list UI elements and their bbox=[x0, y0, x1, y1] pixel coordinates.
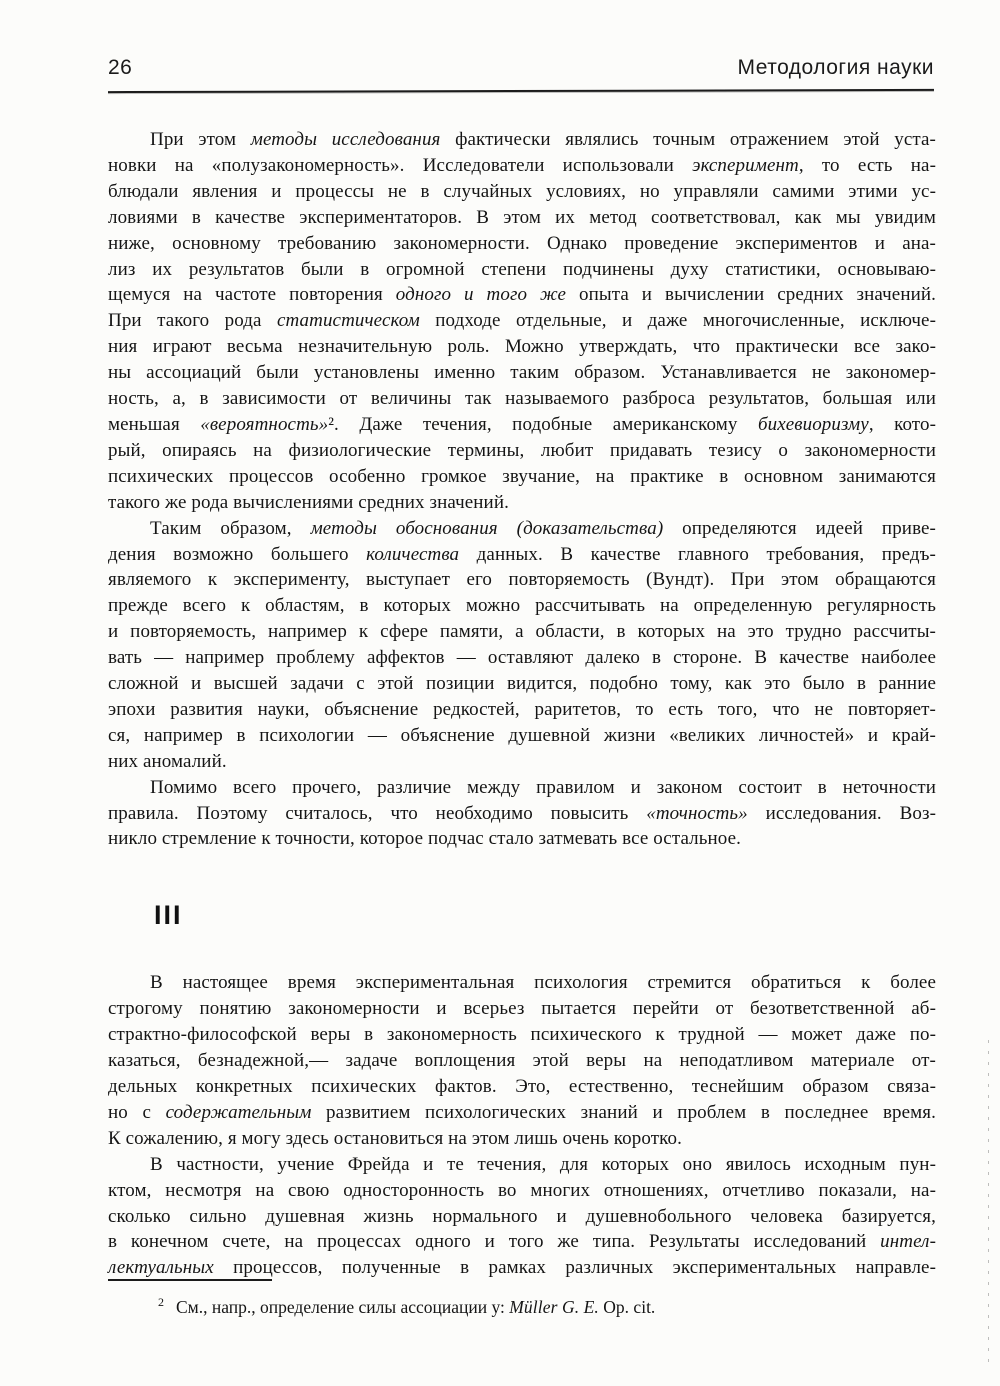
text-line: ктом, несмотря на свою односторонность в… bbox=[108, 1178, 936, 1204]
text-line: ся, например в психологии — объяснение д… bbox=[108, 723, 936, 749]
text-line: но с содержательным развитием психологич… bbox=[108, 1100, 936, 1126]
text-line: дельных конкретных психических фактов. Э… bbox=[108, 1074, 936, 1100]
paragraph: В настоящее время экспериментальная псих… bbox=[108, 970, 936, 1151]
footnote-body: См., напр., определение силы ассоциации … bbox=[176, 1297, 655, 1317]
text-line: прежде всего к областям, в которых можно… bbox=[108, 593, 936, 619]
scan-edge-artifact bbox=[988, 1040, 989, 1370]
text-line: блюдали явления и процессы не в случайны… bbox=[108, 179, 936, 205]
text-line: такого же рода вычислениями средних знач… bbox=[108, 490, 936, 516]
text-line: дения возможно большего количества данны… bbox=[108, 542, 936, 568]
text-line: новки на «полузакономерность». Исследова… bbox=[108, 153, 936, 179]
text-line: В частности, учение Фрейда и те течения,… bbox=[108, 1152, 936, 1178]
footnote: 2См., напр., определение силы ассоциации… bbox=[108, 1279, 936, 1319]
text-line: сложной и высшей задачи с этой позиции в… bbox=[108, 671, 936, 697]
footnote-text: 2См., напр., определение силы ассоциации… bbox=[108, 1291, 936, 1319]
header-rule bbox=[108, 89, 934, 93]
text-line: При этом методы исследования фактически … bbox=[108, 127, 936, 153]
text-line: щемуся на частоте повторения одного и то… bbox=[108, 282, 936, 308]
text-line: ны ассоциаций были установлены именно та… bbox=[108, 360, 936, 386]
footnote-rule bbox=[108, 1279, 272, 1281]
text-line: Таким образом, методы обоснования (доказ… bbox=[108, 516, 936, 542]
text-line: рый, опираясь на физиологические термины… bbox=[108, 438, 936, 464]
page-header: 26 Методология науки bbox=[108, 56, 934, 80]
paragraph: Таким образом, методы обоснования (доказ… bbox=[108, 516, 936, 775]
text-line: ниже, основному требованию закономерност… bbox=[108, 231, 936, 257]
text-line: в конечном счете, на процессах одного и … bbox=[108, 1229, 936, 1255]
paragraph: В частности, учение Фрейда и те течения,… bbox=[108, 1152, 936, 1282]
text-line: вать — например проблему аффектов — оста… bbox=[108, 645, 936, 671]
text-line: строгому понятию закономерности и всерье… bbox=[108, 996, 936, 1022]
text-line: ния играют весьма незначительную роль. М… bbox=[108, 334, 936, 360]
text-line: В настоящее время экспериментальная псих… bbox=[108, 970, 936, 996]
footnote-marker: 2 bbox=[158, 1295, 164, 1309]
text-line: эпохи развития науки, объяснение редкост… bbox=[108, 697, 936, 723]
paragraph: Помимо всего прочего, различие между пра… bbox=[108, 775, 936, 853]
text-line: психических процессов особенно громкое з… bbox=[108, 464, 936, 490]
text-line: являемого к эксперименту, выступает его … bbox=[108, 567, 936, 593]
text-line: правила. Поэтому считалось, что необходи… bbox=[108, 801, 936, 827]
text-line: сколько сильно душевная жизнь нормальног… bbox=[108, 1204, 936, 1230]
text-line: Помимо всего прочего, различие между пра… bbox=[108, 775, 936, 801]
text-line: При такого рода статистическом подходе о… bbox=[108, 308, 936, 334]
section-heading: III bbox=[154, 896, 936, 934]
text-line: них аномалий. bbox=[108, 749, 936, 775]
text-line: К сожалению, я могу здесь остановиться н… bbox=[108, 1126, 936, 1152]
paragraph: При этом методы исследования фактически … bbox=[108, 127, 936, 516]
text-line: ность, а, в зависимости от величины так … bbox=[108, 386, 936, 412]
page-number: 26 bbox=[108, 56, 132, 80]
text-line: лектуальных процессов, полученные в рамк… bbox=[108, 1255, 936, 1281]
text-line: страктно-философской веры в закономернос… bbox=[108, 1022, 936, 1048]
page-body-text: При этом методы исследования фактически … bbox=[108, 127, 936, 1281]
text-line: лиз их результатов были в огромной степе… bbox=[108, 257, 936, 283]
text-line: казаться, безнадежной,— задаче воплощени… bbox=[108, 1048, 936, 1074]
running-title: Методология науки bbox=[737, 56, 934, 80]
text-line: меньшая «вероятность»². Даже течения, по… bbox=[108, 412, 936, 438]
text-line: никло стремление к точности, которое под… bbox=[108, 826, 936, 852]
text-line: ловиями в качестве экспериментаторов. В … bbox=[108, 205, 936, 231]
text-line: и повторяемость, например к сфере памяти… bbox=[108, 619, 936, 645]
